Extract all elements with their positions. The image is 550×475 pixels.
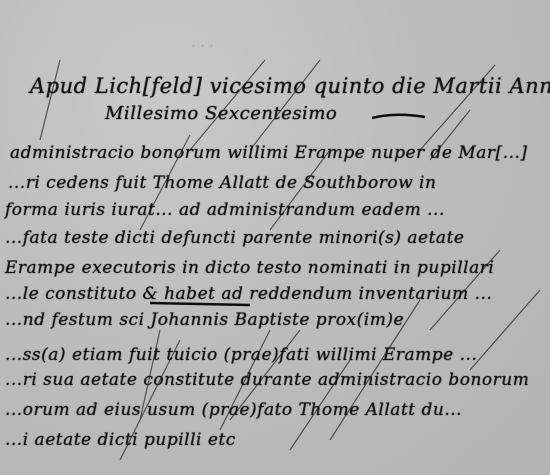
manuscript-line-1: Apud Lich[feld] vicesimo quinto die Mart… bbox=[30, 74, 550, 98]
manuscript-line-4: ...ri cedens fuit Thome Allatt de Southb… bbox=[8, 173, 436, 193]
manuscript-line-6: ...fata teste dicti defuncti parente min… bbox=[5, 228, 464, 248]
manuscript-line-5: forma iuris iurat... ad administrandum e… bbox=[5, 200, 445, 220]
manuscript-line-13: ...i aetate dicti pupilli etc bbox=[5, 430, 236, 450]
manuscript-line-11: ...ri sua aetate constitute durante admi… bbox=[5, 370, 529, 390]
manuscript-line-8: ...le constituto & habet ad reddendum in… bbox=[5, 284, 492, 304]
manuscript-line-10: ...ss(a) etiam fuit tuicio (prae)fati wi… bbox=[5, 345, 477, 365]
manuscript-page: ... Apud Lich[feld] vicesimo quinto die … bbox=[0, 0, 550, 475]
manuscript-line-12: ...orum ad eius usum (prae)fato Thome Al… bbox=[5, 400, 462, 420]
manuscript-line-9: ...nd festum sci Johannis Baptiste prox(… bbox=[5, 310, 404, 330]
manuscript-line-2: Millesimo Sexcentesimo bbox=[105, 103, 337, 124]
manuscript-line-3: administracio bonorum willimi Erampe nup… bbox=[10, 143, 528, 163]
manuscript-line-7: Erampe executoris in dicto testo nominat… bbox=[5, 258, 494, 278]
